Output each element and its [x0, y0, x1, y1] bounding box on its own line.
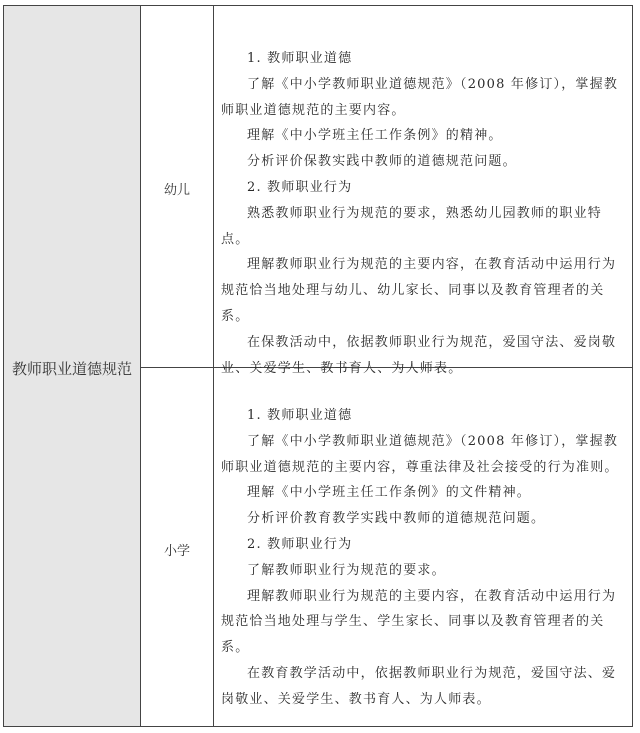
table-row-primary: 小学 1. 教师职业道德 了解《中小学教师职业道德规范》（2008 年修订），掌… [141, 367, 632, 726]
section-heading: 1. 教师职业道德 [221, 403, 626, 429]
category-label: 幼儿 [141, 179, 213, 198]
section-heading: 1. 教师职业道德 [221, 46, 626, 72]
requirements-cell: 1. 教师职业道德 了解《中小学教师职业道德规范》（2008 年修订），掌握教师… [221, 403, 626, 713]
section-heading: 2. 教师职业行为 [221, 175, 626, 201]
category-cell: 幼儿 [141, 6, 214, 367]
category-cell: 小学 [141, 367, 214, 726]
requirements-cell: 1. 教师职业道德 了解《中小学教师职业道德规范》（2008 年修订），掌握教师… [221, 46, 626, 381]
paragraph: 理解《中小学班主任工作条例》的精神。 [221, 123, 626, 149]
table-row-kindergarten: 幼儿 1. 教师职业道德 了解《中小学教师职业道德规范》（2008 年修订），掌… [141, 6, 632, 368]
category-label: 小学 [141, 540, 213, 559]
subject-label: 教师职业道德规范 [4, 358, 140, 379]
paragraph: 了解教师职业行为规范的要求。 [221, 558, 626, 584]
subject-cell: 教师职业道德规范 [4, 6, 141, 726]
paragraph: 了解《中小学教师职业道德规范》（2008 年修订），掌握教师职业道德规范的主要内… [221, 429, 626, 481]
paragraph: 了解《中小学教师职业道德规范》（2008 年修订），掌握教师职业道德规范的主要内… [221, 72, 626, 124]
paragraph: 在教育教学活动中，依据教师职业行为规范，爱国守法、爱岗敬业、关爱学生、教书育人、… [221, 661, 626, 713]
paragraph: 熟悉教师职业行为规范的要求，熟悉幼儿园教师的职业特点。 [221, 201, 626, 253]
paragraph: 理解教师职业行为规范的主要内容，在教育活动中运用行为规范恰当地处理与幼儿、幼儿家… [221, 252, 626, 329]
paragraph: 理解《中小学班主任工作条例》的文件精神。 [221, 480, 626, 506]
paragraph: 理解教师职业行为规范的主要内容，在教育活动中运用行为规范恰当地处理与学生、学生家… [221, 584, 626, 661]
section-heading: 2. 教师职业行为 [221, 532, 626, 558]
paragraph: 分析评价保教实践中教师的道德规范问题。 [221, 149, 626, 175]
paragraph: 分析评价教育教学实践中教师的道德规范问题。 [221, 506, 626, 532]
syllabus-table: 教师职业道德规范 幼儿 1. 教师职业道德 了解《中小学教师职业道德规范》（20… [3, 5, 633, 727]
